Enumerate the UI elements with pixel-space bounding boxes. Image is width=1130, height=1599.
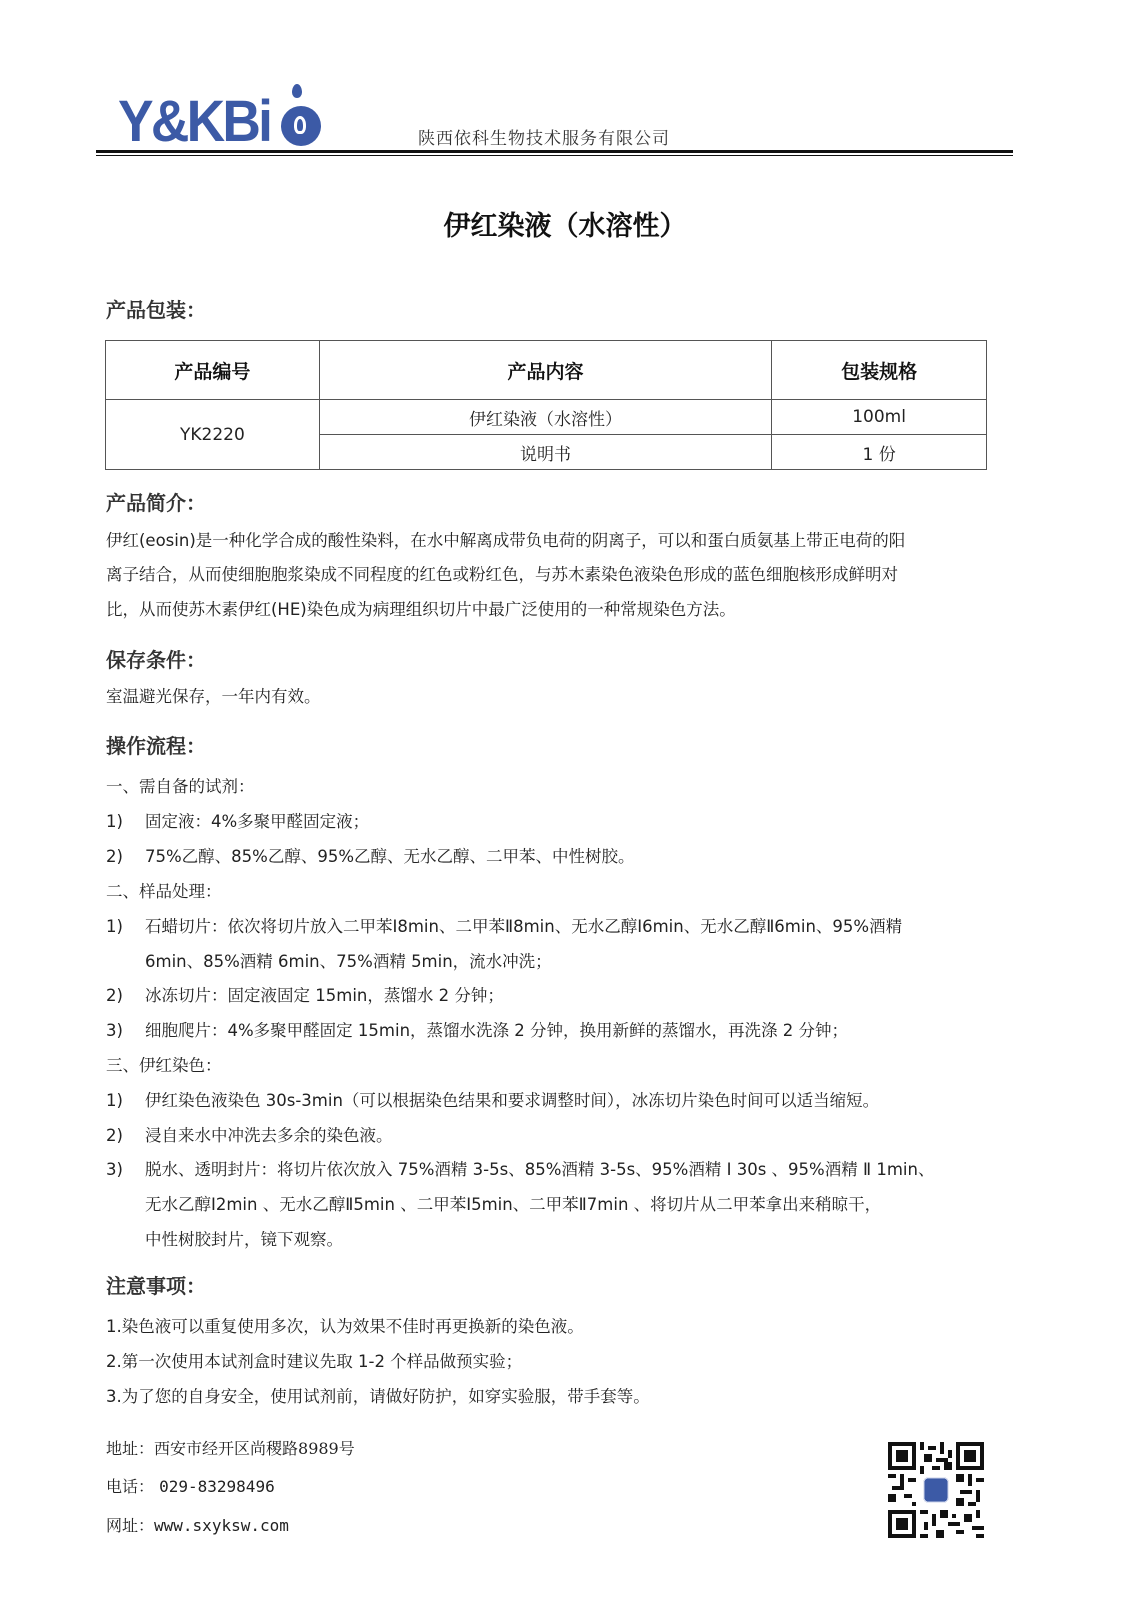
section-heading-packaging: 产品包装： (106, 294, 206, 323)
list-item: 3)细胞爬片：4%多聚甲醛固定 15min，蒸馏水洗涤 2 分钟，换用新鲜的蒸馏… (106, 1017, 848, 1041)
spec-cell: 1 份 (772, 435, 987, 470)
note-item: 1.染色液可以重复使用多次，认为效果不佳时再更换新的染色液。 (106, 1313, 584, 1337)
item-text: 细胞爬片：4%多聚甲醛固定 15min，蒸馏水洗涤 2 分钟，换用新鲜的蒸馏水，… (145, 1021, 848, 1040)
spec-cell: 100ml (772, 400, 987, 435)
storage-text: 室温避光保存，一年内有效。 (106, 680, 321, 715)
document-title: 伊红染液（水溶性） (0, 204, 1130, 243)
list-item: 2)冰冻切片：固定液固定 15min，蒸馏水 2 分钟； (106, 982, 504, 1006)
document-page: Y&KBi 陕西依科生物技术服务有限公司 伊红染液（水溶性） 产品包装： 产品编… (0, 0, 1130, 1599)
logo-text: Y&KBi (118, 92, 270, 152)
header-divider-thin (96, 155, 1013, 156)
drop-icon (292, 84, 302, 98)
company-logo: Y&KBi (118, 92, 321, 152)
column-header: 产品内容 (319, 341, 771, 400)
content-cell: 伊红染液（水溶性） (319, 400, 771, 435)
section-heading-procedure: 操作流程： (106, 730, 206, 759)
item-number: 3) (106, 1160, 145, 1179)
list-item: 2)浸自来水中冲洗去多余的染色液。 (106, 1122, 393, 1146)
item-text-continued: 6min、85%酒精 6min、75%酒精 5min，流水冲洗； (145, 948, 552, 972)
intro-line: 离子结合，从而使细胞胞浆染成不同程度的红色或粉红色，与苏木素染色液染色形成的蓝色… (106, 558, 898, 593)
website-link[interactable]: www.sxyksw.com (154, 1516, 289, 1535)
item-number: 1) (106, 917, 145, 936)
item-text: 浸自来水中冲洗去多余的染色液。 (145, 1126, 393, 1145)
item-text: 石蜡切片：依次将切片放入二甲苯Ⅰ8min、二甲苯Ⅱ8min、无水乙醇Ⅰ6min、… (145, 917, 902, 936)
item-text: 冰冻切片：固定液固定 15min，蒸馏水 2 分钟； (145, 986, 504, 1005)
footer-website: 网址：www.sxyksw.com (106, 1513, 289, 1536)
table-row: YK2220 伊红染液（水溶性） 100ml (106, 400, 987, 435)
list-item: 1)伊红染色液染色 30s-3min（可以根据染色结果和要求调整时间），冰冻切片… (106, 1087, 879, 1111)
table-header-row: 产品编号 产品内容 包装规格 (106, 341, 987, 400)
section-heading-storage: 保存条件： (106, 644, 206, 673)
header-divider (96, 150, 1013, 153)
footer-address: 地址：西安市经开区尚稷路8989号 (106, 1436, 355, 1459)
item-text-continued: 中性树胶封片，镜下观察。 (145, 1226, 343, 1250)
section-heading-intro: 产品简介： (106, 487, 206, 516)
phone-value: 029-83298496 (159, 1477, 275, 1496)
item-number: 2) (106, 847, 145, 866)
item-text: 伊红染色液染色 30s-3min（可以根据染色结果和要求调整时间），冰冻切片染色… (145, 1091, 879, 1110)
item-number: 3) (106, 1021, 145, 1040)
packaging-table: 产品编号 产品内容 包装规格 YK2220 伊红染液（水溶性） 100ml 说明… (105, 340, 987, 470)
item-text-continued: 无水乙醇Ⅰ2min 、无水乙醇Ⅱ5min 、二甲苯Ⅰ5min、二甲苯Ⅱ7min … (145, 1191, 881, 1215)
item-text: 75%乙醇、85%乙醇、95%乙醇、无水乙醇、二甲苯、中性树胶。 (145, 847, 635, 866)
address-label: 地址： (106, 1439, 154, 1458)
note-item: 3.为了您的自身安全，使用试剂前，请做好防护，如穿实验服，带手套等。 (106, 1383, 650, 1407)
group-title: 一、需自备的试剂： (106, 773, 255, 797)
intro-line: 比，从而使苏木素伊红(HE)染色成为病理组织切片中最广泛使用的一种常规染色方法。 (106, 593, 736, 628)
column-header: 产品编号 (106, 341, 320, 400)
phone-label: 电话： (106, 1477, 154, 1496)
item-number: 2) (106, 1126, 145, 1145)
column-header: 包装规格 (772, 341, 987, 400)
list-item: 2)75%乙醇、85%乙醇、95%乙醇、无水乙醇、二甲苯、中性树胶。 (106, 843, 635, 867)
section-heading-notes: 注意事项： (106, 1270, 206, 1299)
note-item: 2.第一次使用本试剂盒时建议先取 1-2 个样品做预实验； (106, 1348, 522, 1372)
website-label: 网址： (106, 1516, 154, 1535)
list-item: 3)脱水、透明封片：将切片依次放入 75%酒精 3-5s、85%酒精 3-5s、… (106, 1156, 934, 1180)
item-text: 固定液：4%多聚甲醛固定液； (145, 812, 369, 831)
content-cell: 说明书 (319, 435, 771, 470)
product-code-cell: YK2220 (106, 400, 320, 470)
list-item: 1)石蜡切片：依次将切片放入二甲苯Ⅰ8min、二甲苯Ⅱ8min、无水乙醇Ⅰ6mi… (106, 913, 902, 937)
qr-code-icon (888, 1442, 984, 1538)
group-title: 三、伊红染色： (106, 1052, 222, 1076)
item-text: 脱水、透明封片：将切片依次放入 75%酒精 3-5s、85%酒精 3-5s、95… (145, 1160, 934, 1179)
list-item: 1)固定液：4%多聚甲醛固定液； (106, 808, 369, 832)
item-number: 1) (106, 812, 145, 831)
item-number: 1) (106, 1091, 145, 1110)
intro-line: 伊红(eosin)是一种化学合成的酸性染料，在水中解离成带负电荷的阴离子，可以和… (106, 524, 905, 559)
microscope-icon (281, 106, 321, 146)
footer-phone: 电话： 029-83298496 (106, 1474, 275, 1497)
item-number: 2) (106, 986, 145, 1005)
address-value: 西安市经开区尚稷路8989号 (154, 1439, 355, 1458)
group-title: 二、样品处理： (106, 878, 222, 902)
company-name: 陕西依科生物技术服务有限公司 (418, 124, 670, 149)
